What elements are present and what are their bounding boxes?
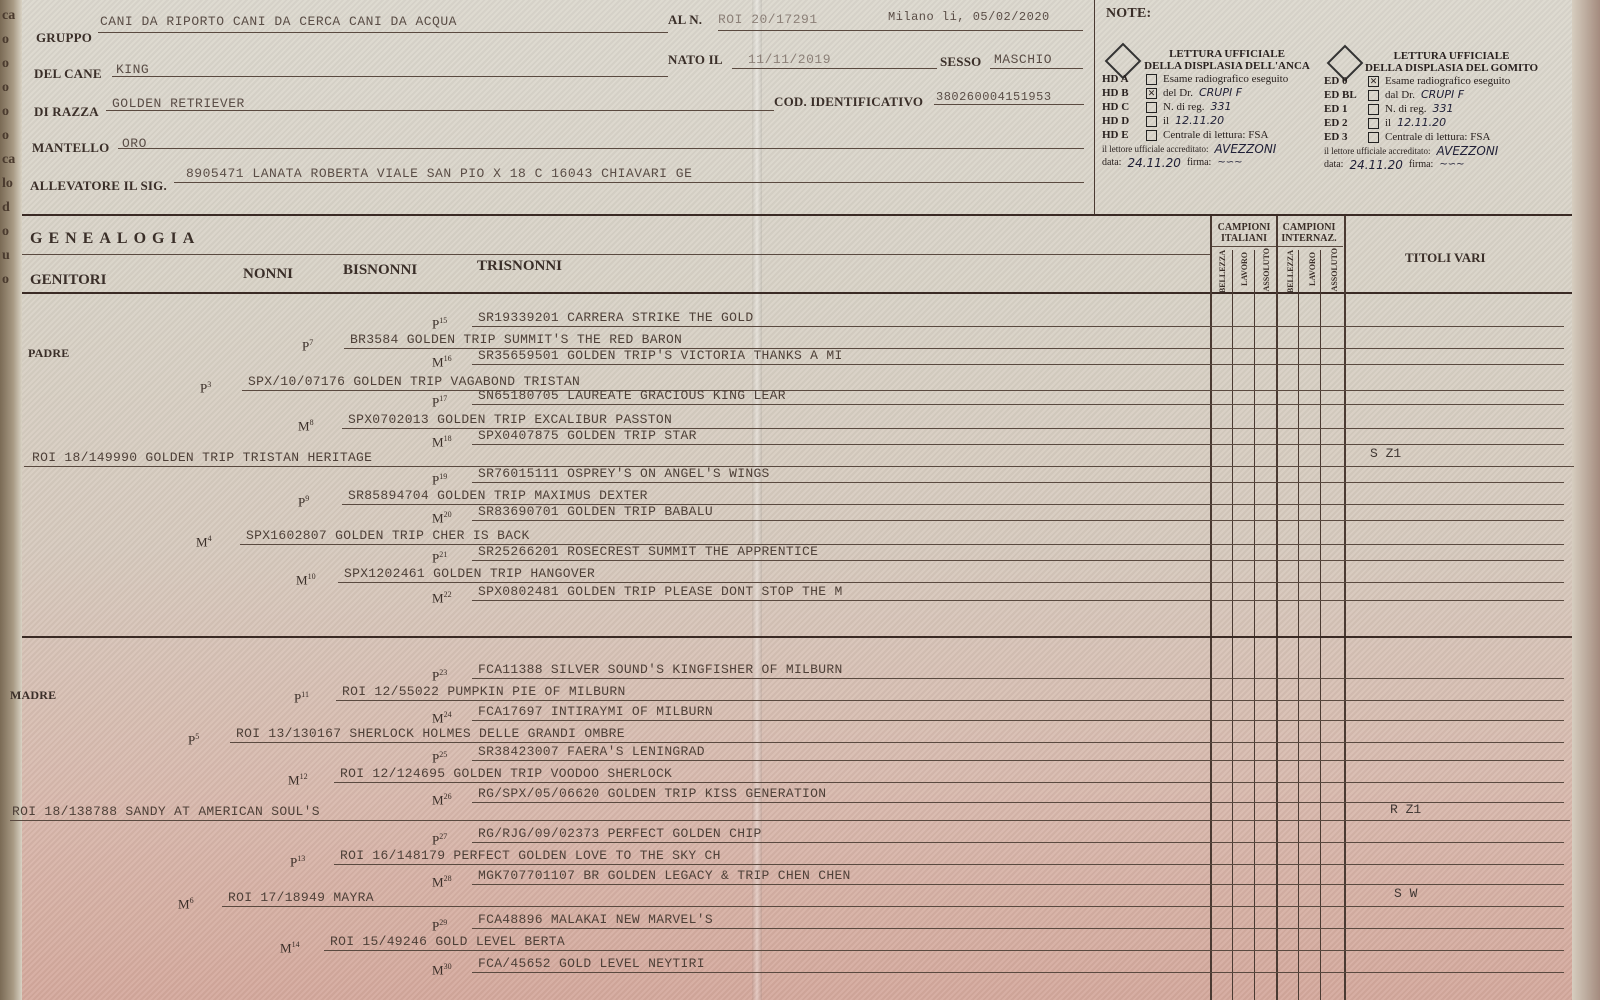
ancestor-entry: ROI 15/49246 GOLD LEVEL BERTA	[330, 934, 565, 949]
ancestor-marker: M30	[432, 962, 452, 978]
hip-dysplasia-box: LETTURA UFFICIALE DELLA DISPLASIA DELL'A…	[1102, 48, 1312, 170]
ancestor-marker: M8	[298, 418, 314, 434]
ancestor-entry: SR25266201 ROSECREST SUMMIT THE APPRENTI…	[478, 544, 818, 559]
allevatore-label: ALLEVATORE IL SIG.	[30, 178, 167, 194]
madre-titoli: R Z1	[1390, 802, 1421, 817]
ancestor-entry: SR83690701 GOLDEN TRIP BABALU	[478, 504, 713, 519]
ancestor-entry: SPX0802481 GOLDEN TRIP PLEASE DONT STOP …	[478, 584, 843, 599]
ancestor-entry: SR35659501 GOLDEN TRIP'S VICTORIA THANKS…	[478, 348, 843, 363]
ancestor-marker: M20	[432, 510, 452, 526]
padre-titoli: S Z1	[1370, 446, 1401, 461]
allevatore-value: 8905471 LANATA ROBERTA VIALE SAN PIO X 1…	[186, 166, 692, 181]
ancestor-marker: P23	[432, 668, 447, 684]
ancestor-entry: FCA48896 MALAKAI NEW MARVEL'S	[478, 912, 713, 927]
ancestor-marker: P3	[200, 380, 211, 396]
ancestor-marker: P5	[188, 732, 199, 748]
col-nonni: NONNI	[243, 266, 293, 283]
hd-b-checkbox: ✕	[1146, 88, 1157, 99]
ancestor-entry: BR3584 GOLDEN TRIP SUMMIT'S THE RED BARO…	[350, 332, 682, 347]
al-n-value: ROI 20/17291	[718, 12, 818, 27]
paper-fold	[752, 0, 762, 1000]
ancestor-entry: SPX1202461 GOLDEN TRIP HANGOVER	[344, 566, 595, 581]
ed-0-checkbox: ✕	[1368, 76, 1379, 87]
col-trisnonni: TRISNONNI	[477, 258, 562, 275]
ancestor-entry: SPX0702013 GOLDEN TRIP EXCALIBUR PASSTON	[348, 412, 672, 427]
ancestor-marker: M26	[432, 792, 452, 808]
ancestor-marker: M28	[432, 874, 452, 890]
gruppo-label: GRUPPO	[36, 30, 92, 46]
anca-title-1: LETTURA UFFICIALE	[1102, 48, 1312, 60]
ancestor-marker: P17	[432, 394, 447, 410]
padre-label: PADRE	[28, 346, 69, 361]
cod-label: COD. IDENTIFICATIVO	[774, 94, 923, 110]
nato-label: NATO IL	[668, 52, 723, 68]
ancestor-marker: M22	[432, 590, 452, 606]
place-date: Milano li, 05/02/2020	[888, 10, 1050, 24]
note-label: NOTE:	[1106, 6, 1151, 22]
ancestor-marker: P19	[432, 472, 447, 488]
ancestor-entry: RG/RJG/09/02373 PERFECT GOLDEN CHIP	[478, 826, 762, 841]
ancestor-entry: ROI 12/124695 GOLDEN TRIP VOODOO SHERLOC…	[340, 766, 672, 781]
anca-title-2: DELLA DISPLASIA DELL'ANCA	[1102, 60, 1312, 72]
gruppo-value: CANI DA RIPORTO CANI DA CERCA CANI DA AC…	[100, 14, 457, 29]
ancestor-entry: SPX0407875 GOLDEN TRIP STAR	[478, 428, 697, 443]
cane-label: DEL CANE	[34, 66, 102, 82]
adjacent-page-edge: caooooocalodouo	[0, 0, 22, 1000]
razza-label: DI RAZZA	[34, 104, 99, 120]
ancestor-marker: M10	[296, 572, 316, 588]
ancestor-marker: P21	[432, 550, 447, 566]
genealogia-title: GENEALOGIA	[30, 230, 200, 248]
ancestor-marker: M12	[288, 772, 308, 788]
ancestor-marker: M18	[432, 434, 452, 450]
right-edge	[1572, 0, 1600, 1000]
ancestor-marker: M14	[280, 940, 300, 956]
elbow-dysplasia-box: LETTURA UFFICIALE DELLA DISPLASIA DEL GO…	[1324, 50, 1539, 172]
ancestor-marker: M6	[178, 896, 194, 912]
ancestor-entry: SR19339201 CARRERA STRIKE THE GOLD	[478, 310, 753, 325]
ancestor-entry: ROI 16/148179 PERFECT GOLDEN LOVE TO THE…	[340, 848, 721, 863]
ancestor-marker: M24	[432, 710, 452, 726]
sesso-value: MASCHIO	[994, 52, 1052, 67]
cod-value: 380260004151953	[936, 90, 1052, 104]
ancestor-entry: ROI 12/55022 PUMPKIN PIE OF MILBURN	[342, 684, 626, 699]
ancestor-entry: SR38423007 FAERA'S LENINGRAD	[478, 744, 705, 759]
ancestor-marker: M16	[432, 354, 452, 370]
col-bisnonni: BISNONNI	[343, 262, 417, 279]
madre-label: MADRE	[10, 688, 56, 703]
madre-value: ROI 18/138788 SANDY AT AMERICAN SOUL'S	[12, 804, 320, 819]
ancestor-marker: P9	[298, 494, 309, 510]
ancestor-marker: P27	[432, 832, 447, 848]
ancestor-entry: ROI 17/18949 MAYRA	[228, 890, 374, 905]
gomito-title-2: DELLA DISPLASIA DEL GOMITO	[1324, 62, 1539, 74]
sesso-label: SESSO	[940, 54, 981, 70]
ancestor-entry: FCA11388 SILVER SOUND'S KINGFISHER OF MI…	[478, 662, 843, 677]
ancestor-entry: SPX/10/07176 GOLDEN TRIP VAGABOND TRISTA…	[248, 374, 580, 389]
ancestor-entry: SN65180705 LAUREATE GRACIOUS KING LEAR	[478, 388, 786, 403]
ancestor-entry: MGK707701107 BR GOLDEN LEGACY & TRIP CHE…	[478, 868, 851, 883]
campioni-italiani: CAMPIONI ITALIANI	[1214, 222, 1274, 244]
ancestor-marker: P13	[290, 854, 305, 870]
ancestor-entry: SR76015111 OSPREY'S ON ANGEL'S WINGS	[478, 466, 770, 481]
ancestor-marker: P7	[302, 338, 313, 354]
padre-value: ROI 18/149990 GOLDEN TRIP TRISTAN HERITA…	[32, 450, 372, 465]
cane-value: KING	[116, 62, 149, 77]
razza-value: GOLDEN RETRIEVER	[112, 96, 245, 111]
gomito-title-1: LETTURA UFFICIALE	[1324, 50, 1539, 62]
ancestor-entry: ROI 13/130167 SHERLOCK HOLMES DELLE GRAN…	[236, 726, 625, 741]
m6-titoli: S W	[1394, 886, 1417, 901]
nato-value: 11/11/2019	[748, 52, 831, 67]
ancestor-marker: P11	[294, 690, 309, 706]
mantello-label: MANTELLO	[32, 140, 109, 156]
campioni-internaz: CAMPIONI INTERNAZ.	[1278, 222, 1340, 244]
ancestor-entry: FCA/45652 GOLD LEVEL NEYTIRI	[478, 956, 705, 971]
ancestor-entry: SPX1602807 GOLDEN TRIP CHER IS BACK	[246, 528, 530, 543]
titoli-vari-header: TITOLI VARI	[1405, 250, 1486, 266]
ancestor-entry: FCA17697 INTIRAYMI OF MILBURN	[478, 704, 713, 719]
ancestor-entry: RG/SPX/05/06620 GOLDEN TRIP KISS GENERAT…	[478, 786, 826, 801]
ancestor-entry: SR85894704 GOLDEN TRIP MAXIMUS DEXTER	[348, 488, 648, 503]
ancestor-marker: P29	[432, 918, 447, 934]
al-n-label: AL N.	[668, 12, 702, 28]
ancestor-marker: M4	[196, 534, 212, 550]
ancestor-marker: P15	[432, 316, 447, 332]
col-genitori: GENITORI	[30, 272, 106, 289]
ancestor-marker: P25	[432, 750, 447, 766]
